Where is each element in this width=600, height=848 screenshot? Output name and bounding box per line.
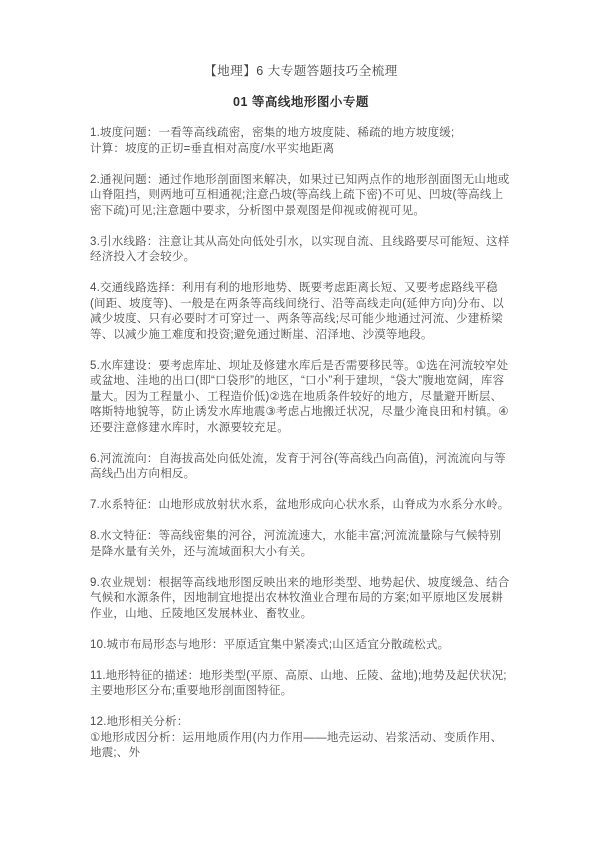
paragraph-transport-route: 4.交通线路选择：利用有利的地形地势、既要考虑距离长短、又要考虑路线平稳(间距、… [90,281,512,343]
paragraph-water-diversion: 3.引水线路：注意让其从高处向低处引水，以实现自流、且线路要尽可能短、这样经济投… [90,235,512,266]
paragraph-visibility: 2.通视问题：通过作地形剖面图来解决，如果过已知两点作的地形剖面图无山地或山脊阻… [90,173,512,220]
document-title: 【地理】6 大专题答题技巧全梳理 [90,64,512,80]
section-heading: 01 等高线地形图小专题 [90,95,512,111]
paragraph-slope: 1.坡度问题：一看等高线疏密，密集的地方坡度陡、稀疏的地方坡度缓; 计算：坡度的… [90,126,512,157]
paragraph-reservoir: 5.水库建设：要考虑库址、坝址及修建水库后是否需要移民等。①选在河流较窄处或盆地… [90,359,512,437]
paragraph-urban-layout: 10.城市布局形态与地形：平原适宜集中紧凑式;山区适宜分散疏松式。 [90,638,512,654]
paragraph-agriculture: 9.农业规划：根据等高线地形图反映出来的地形类型、地势起伏、坡度缓急、结合气候和… [90,576,512,623]
document-page: 【地理】6 大专题答题技巧全梳理 01 等高线地形图小专题 1.坡度问题：一看等… [0,0,600,848]
paragraph-river-flow: 6.河流流向：自海拔高处向低处流，发育于河谷(等高线凸向高值)，河流流向与等高线… [90,452,512,483]
paragraph-hydrology: 8.水文特征：等高线密集的河谷，河流流速大，水能丰富;河流流量除与气候特别是降水… [90,529,512,560]
paragraph-terrain-description: 11.地形特征的描述：地形类型(平原、高原、山地、丘陵、盆地);地势及起伏状况;… [90,669,512,700]
paragraph-terrain-analysis: 12.地形相关分析： ①地形成因分析：运用地质作用(内力作用——地壳运动、岩浆活… [90,715,512,762]
paragraph-drainage-system: 7.水系特征：山地形成放射状水系，盆地形成向心状水系，山脊成为水系分水岭。 [90,498,512,514]
